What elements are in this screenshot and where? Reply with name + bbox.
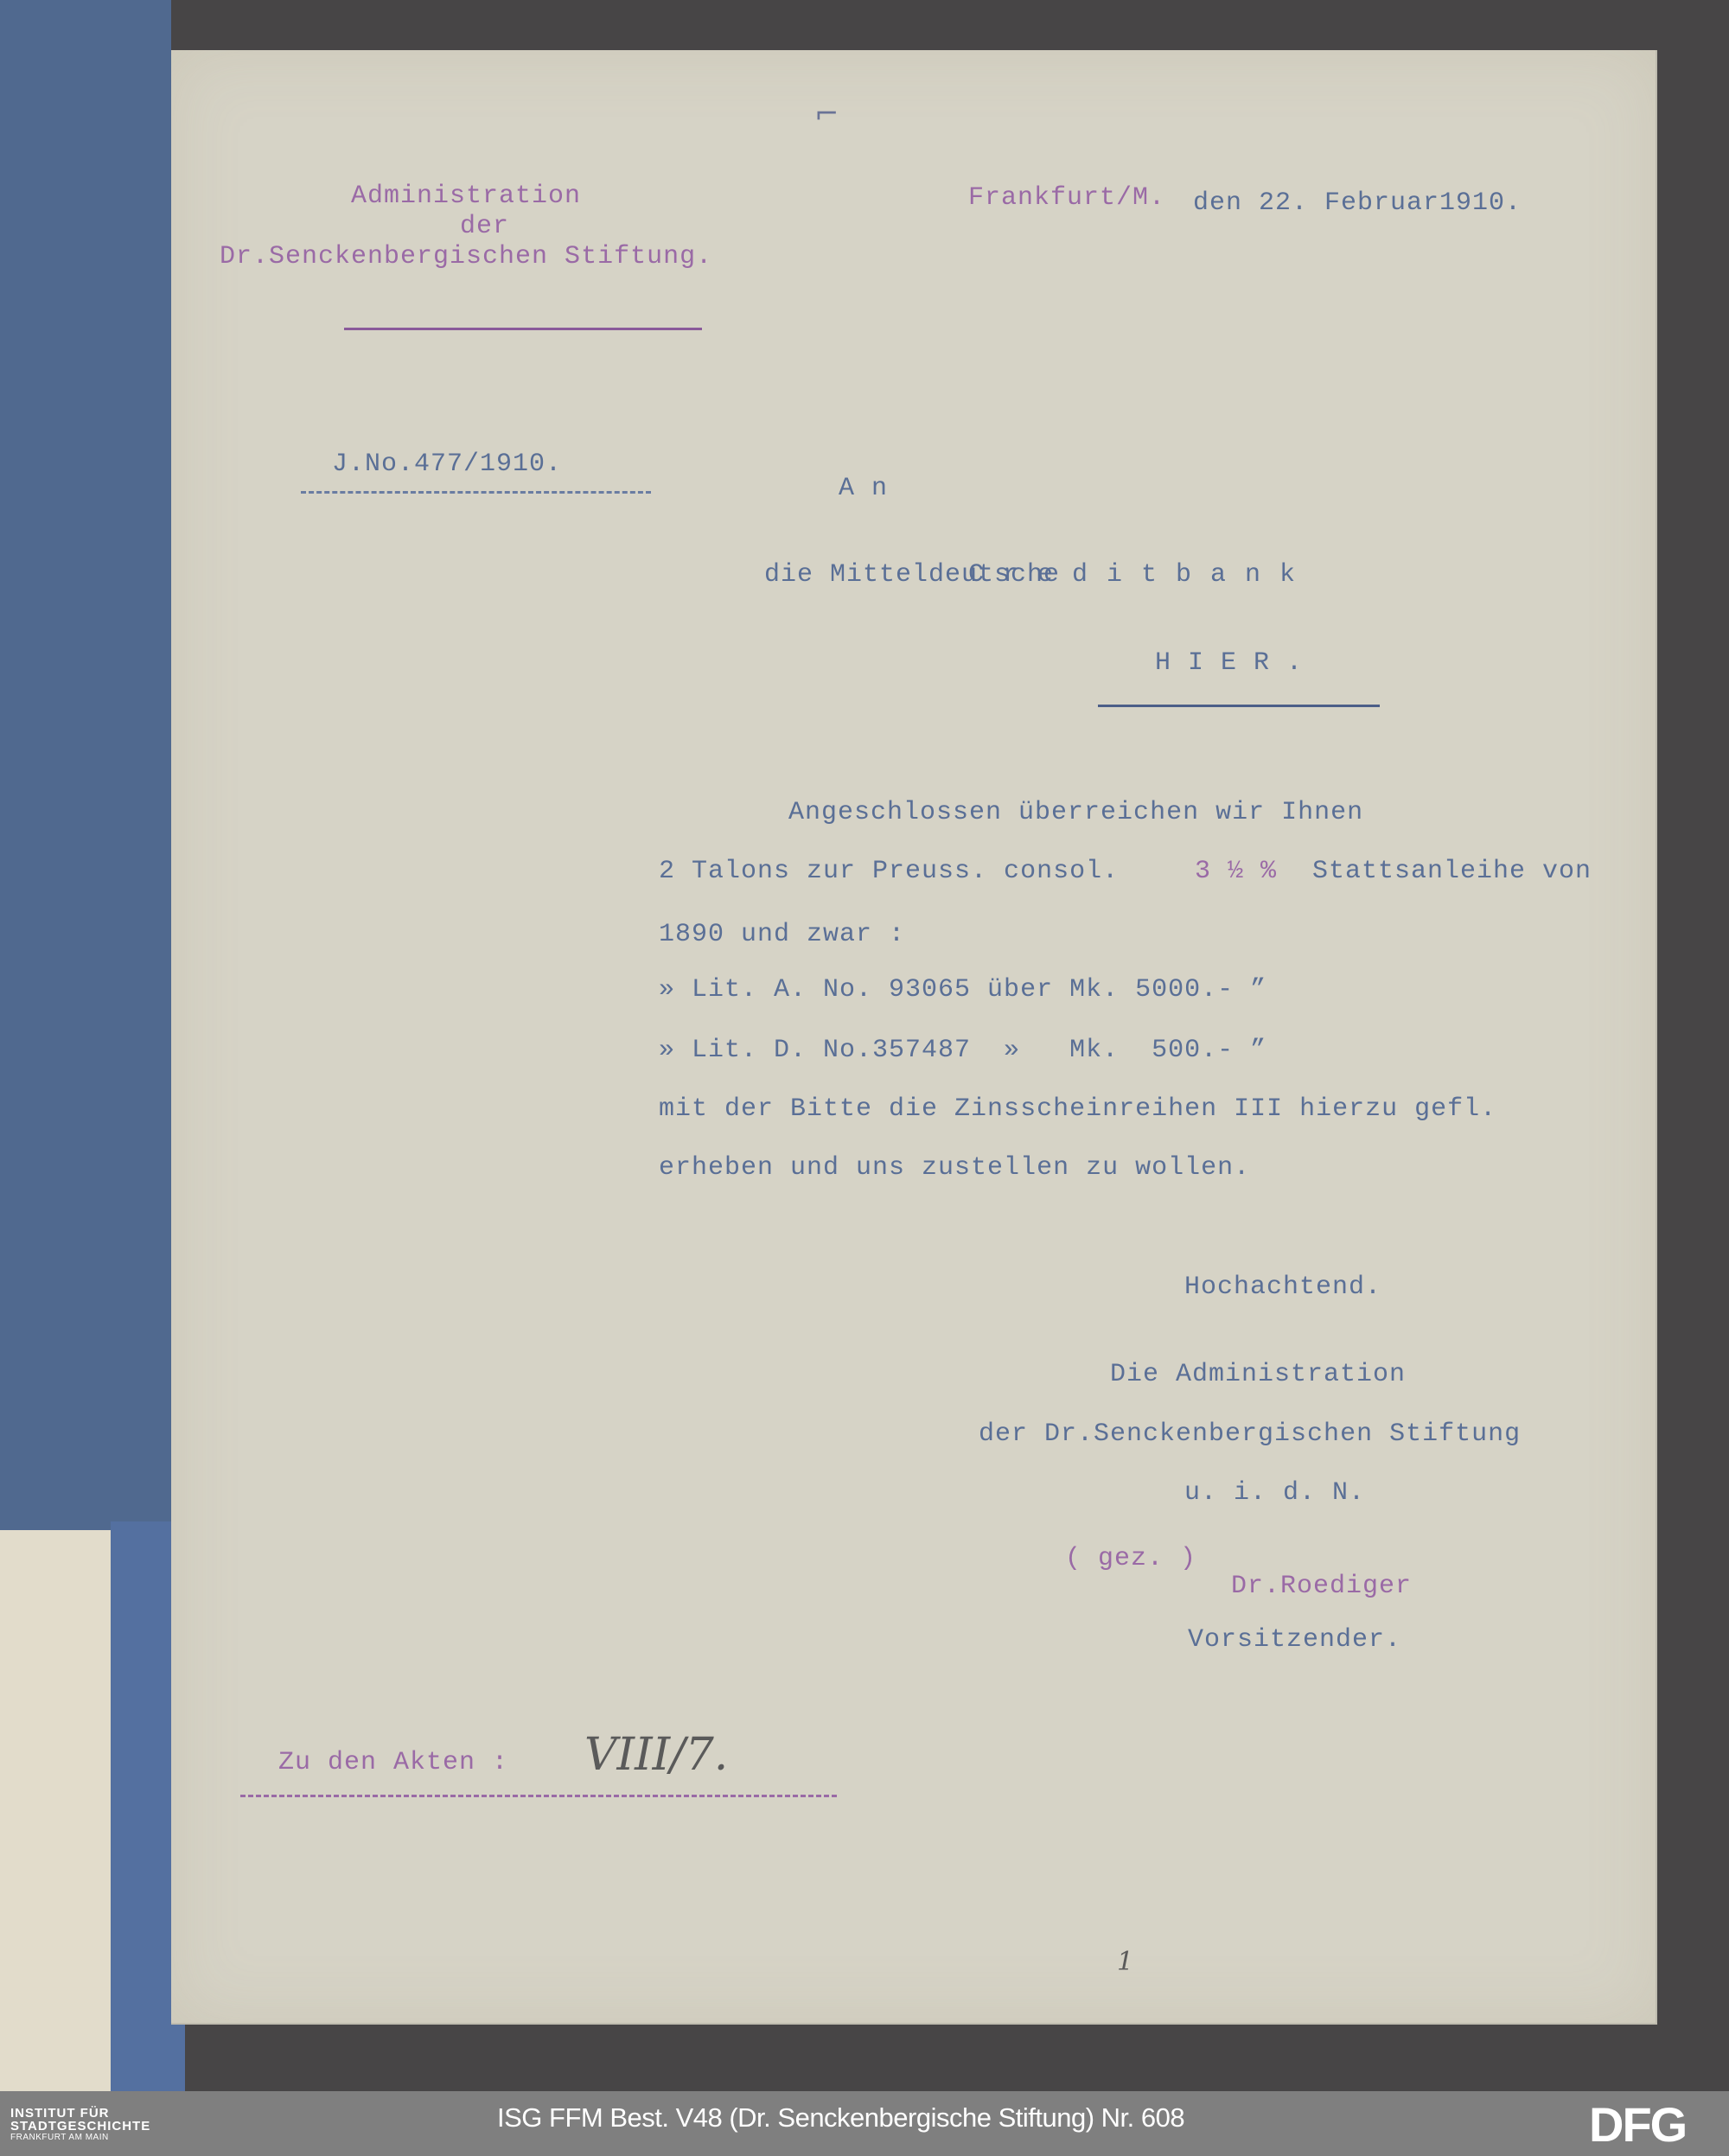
body-line-2-a: 2 Talons zur Preuss. consol.: [659, 858, 1119, 884]
pencil-mark: ⌐: [814, 97, 839, 131]
closing-greeting: Hochachtend.: [1184, 1274, 1381, 1300]
archive-signature-caption: ISG FFM Best. V48 (Dr. Senckenbergische …: [497, 2102, 1184, 2134]
recipient-underline: [1098, 705, 1380, 707]
letterhead-line-1: Administration: [351, 183, 581, 209]
body-line-1: Angeschlossen überreichen wir Ihnen: [788, 800, 1363, 826]
filing-label: Zu den Akten :: [278, 1750, 508, 1776]
body-line-2-b: Stattsanleihe von: [1312, 858, 1592, 884]
signed-marker: ( gez. ): [1065, 1546, 1196, 1572]
recipient-location: H I E R .: [1155, 650, 1303, 676]
recipient-name-part-2: C r e d i t b a n k: [968, 562, 1297, 588]
recipient-salutation: A n: [839, 475, 888, 501]
page-number-mark: 1: [1117, 1947, 1133, 1977]
body-line-5: erheben und uns zustellen zu wollen.: [659, 1155, 1250, 1181]
interest-rate-fraction: 3 ½ %: [1195, 858, 1277, 884]
institute-logo-line-2: STADTGESCHICHTE: [10, 2120, 150, 2133]
letterhead-line-3: Dr.Senckenbergischen Stiftung.: [220, 244, 712, 270]
handwritten-file-reference: VIII/7.: [584, 1729, 728, 1781]
institute-logo-line-1: INSTITUT FÜR: [10, 2107, 110, 2120]
letterhead-underline: [344, 328, 702, 330]
institute-logo-line-3: FRANKFURT AM MAIN: [10, 2134, 109, 2142]
signatory-title: Vorsitzender.: [1188, 1627, 1401, 1653]
journal-number-underline: [301, 491, 651, 494]
letterhead-line-2: der: [460, 214, 509, 239]
dfg-logo: DFG: [1589, 2101, 1686, 2149]
sender-line-2: der Dr.Senckenbergischen Stiftung: [979, 1421, 1521, 1447]
sender-line-3: u. i. d. N.: [1184, 1480, 1365, 1506]
body-line-3: 1890 und zwar :: [659, 922, 905, 947]
filing-underline: [240, 1795, 837, 1797]
underlying-page-edge: [0, 1530, 112, 2092]
bond-item-2: » Lit. D. No.357487 » Mk. 500.- ”: [659, 1037, 1266, 1063]
place-text: Frankfurt/M.: [968, 185, 1165, 211]
bond-item-1: » Lit. A. No. 93065 über Mk. 5000.- ”: [659, 977, 1266, 1003]
date-text: den 22. Februar1910.: [1193, 190, 1522, 216]
body-line-4: mit der Bitte die Zinsscheinreihen III h…: [659, 1096, 1496, 1122]
sender-line-1: Die Administration: [1110, 1362, 1406, 1387]
journal-number: J.No.477/1910.: [332, 451, 562, 477]
signatory-name: Dr.Roediger: [1231, 1573, 1412, 1599]
